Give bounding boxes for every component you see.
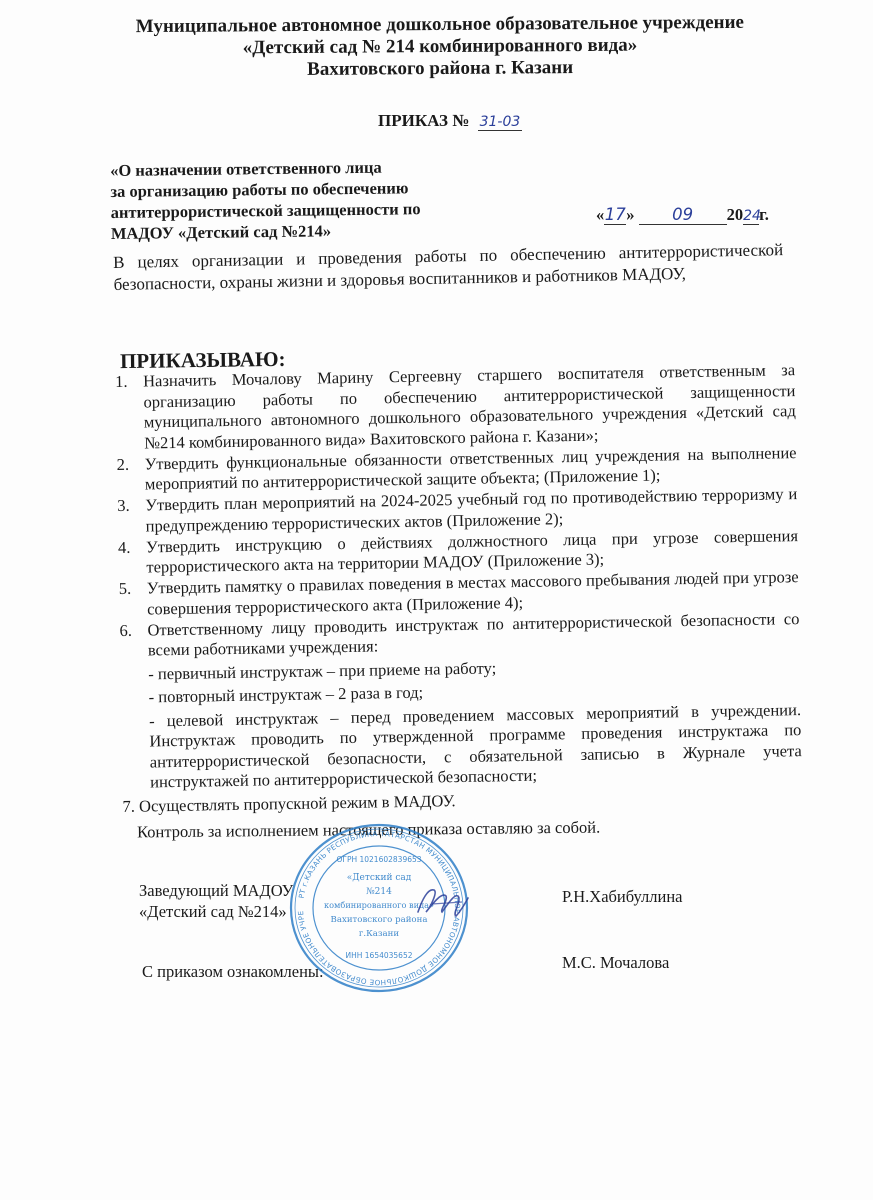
item-6-sub-3: - целевой инструктаж – перед проведением… [121,700,802,794]
document-page: Муниципальное автономное дошкольное обра… [0,0,873,1200]
item-number: 1. [115,372,144,454]
acknowledged-name: М.С. Мочалова [562,953,669,973]
subject-line: антитеррористической защищенности по [111,198,421,223]
svg-text:ИНН 1654035652: ИНН 1654035652 [346,951,413,960]
date-suffix: г. [759,205,769,224]
item-number: 3. [117,495,146,536]
date-year-prefix: 20 [727,205,744,224]
item-text: Назначить Мочалову Марину Сергеевну стар… [143,360,796,453]
svg-text:«Детский сад: «Детский сад [347,873,412,883]
institution-header: Муниципальное автономное дошкольное обра… [110,12,770,83]
order-label: ПРИКАЗ № [378,111,469,130]
header-line-1: Муниципальное автономное дошкольное обра… [110,12,770,39]
date-day: 17 [604,205,626,225]
date-quote-close: » [626,205,634,224]
subject-line: МАДОУ «Детский сад №214» [111,219,421,244]
item-number: 2. [116,454,145,495]
handwritten-signature-icon [412,882,472,922]
svg-text:г.Казани: г.Казани [359,929,400,939]
signatory-role: Заведующий МАДОУ «Детский сад №214» [139,880,293,922]
signatory-role-line-2: «Детский сад №214» [139,901,293,922]
date-quote-open: « [596,205,604,224]
order-item-1: 1. Назначить Мочалову Марину Сергеевну с… [115,360,796,454]
header-line-3: Вахитовского района г. Казани [110,56,770,83]
order-title: ПРИКАЗ № 31-03 [378,111,522,131]
item-number: 6. [119,620,148,661]
order-date: «17» 092024г. [596,205,769,225]
signatory-role-line-1: Заведующий МАДОУ [139,880,293,901]
item-number: 4. [118,537,147,578]
item-number: 5. [119,578,148,619]
svg-text:№214: №214 [366,887,392,897]
date-month: 09 [639,205,727,225]
order-number-handwritten: 31-03 [478,114,523,131]
order-items: 1. Назначить Мочалову Марину Сергеевну с… [115,360,803,817]
date-year-suffix: 24 [743,208,759,225]
preamble: В целях организации и проведения работы … [113,239,784,296]
signatory-name: Р.Н.Хабибуллина [562,887,683,907]
svg-text:ОГРН 1021602839653: ОГРН 1021602839653 [336,855,421,864]
order-subject: «О назначении ответственного лица за орг… [110,156,421,244]
